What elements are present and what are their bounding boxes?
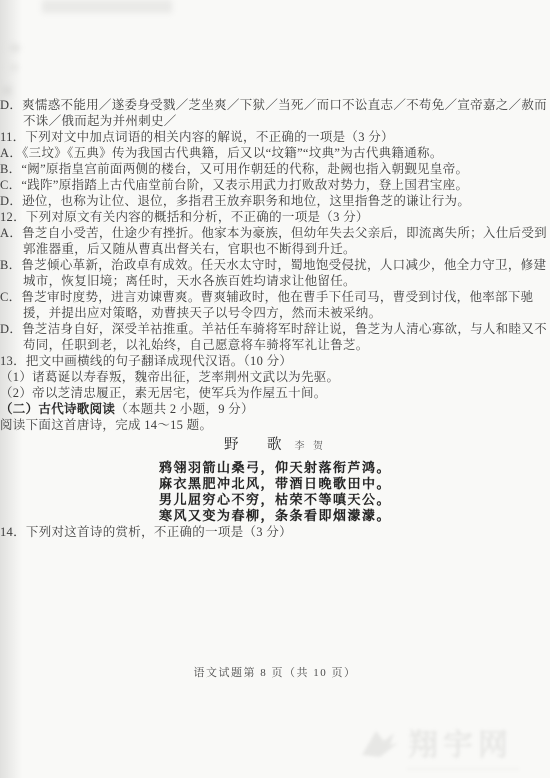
watermark-text: 翔宇网 [408,720,513,764]
q11-option-b: B．“阙”原指皇宫前面两侧的楼台，又可用作朝廷的代称，赴阙也指入朝觐见皇帝。 [0,161,550,177]
q12-stem: 12．下列对原文有关内容的概括和分析，不正确的一项是（3 分） [0,209,550,225]
reading-instruction: 阅读下面这首唐诗，完成 14～15 题。 [0,417,550,433]
scan-artifact [42,0,172,13]
q12-option-a: A．鲁芝自小受苦，仕途少有挫折。他家本为豪族，但幼年失去父亲后，即流离失所；入仕… [0,225,550,257]
scan-artifact [7,64,18,71]
page-footer: 语文试题第 8 页（共 10 页） [0,664,550,680]
scan-artifact [0,86,11,95]
section-2-heading-bold: （二）古代诗歌阅读 [0,402,115,416]
q11-option-a: A．《三坟》《五典》传为我国古代典籍，后又以“坟籍”“坟典”为古代典籍通称。 [0,145,550,161]
watermark-url-smudge [408,765,518,770]
poem-title-row: 野 歌李 贺 [0,435,550,457]
q10-option-d-continuation: D．爽懦惑不能用／遂委身受戮／芝坐爽／下狱／当死／而口不讼直志／不苟免／宣帝嘉之… [0,97,550,129]
section-2-heading-rest: （本题共 2 小题，9 分） [115,402,254,416]
q12-option-b: B．鲁芝倾心革新，治政卓有成效。任天水太守时，蜀地饱受侵扰，人口减少，他全力守卫… [0,257,550,289]
q13-sentence-1: （1）诸葛诞以寿春叛，魏帝出征，芝率荆州文武以为先驱。 [0,369,550,385]
q14-stem: 14．下列对这首诗的赏析，不正确的一项是（3 分） [0,524,550,540]
poem-line: 寒风又变为春柳，条条看即烟濛濛。 [0,508,550,524]
q12-option-c: C．鲁芝审时度势，进言劝谏曹爽。曹爽辅政时，他在曹手下任司马，曹受到讨伐，他率部… [0,289,550,321]
page-content: D．爽懦惑不能用／遂委身受戮／芝坐爽／下狱／当死／而口不讼直志／不苟免／宣帝嘉之… [0,97,550,540]
scan-artifact [7,44,20,52]
q13-sentence-2: （2）帝以芝清忠履正，素无居宅，使军兵为作屋五十间。 [0,385,550,401]
exam-paper-page: D．爽懦惑不能用／遂委身受戮／芝坐爽／下狱／当死／而口不讼直志／不苟免／宣帝嘉之… [0,0,550,778]
q12-option-d: D．鲁芝洁身自好，深受羊祜推重。羊祜任车骑将军时辞让说，鲁芝为人清心寡欲，与人和… [0,321,550,353]
bird-logo-icon [360,725,402,759]
poem-author: 李 贺 [295,441,327,452]
q13-stem: 13．把文中画横线的句子翻译成现代汉语。（10 分） [0,353,550,369]
section-2-heading: （二）古代诗歌阅读（本题共 2 小题，9 分） [0,401,550,417]
poem-title: 野 歌 [224,437,289,453]
q11-option-d: D．逊位，也称为让位、退位，多指君王放弃职务和地位，这里指鲁芝的谦让行为。 [0,193,550,209]
q11-stem: 11．下列对文中加点词语的相关内容的解说，不正确的一项是（3 分） [0,129,550,145]
watermark: 翔宇网 [360,712,546,772]
poem-line: 鸦翎羽箭山桑弓，仰天射落衔芦鸿。 [0,460,550,476]
q11-option-c: C．“践阼”原指踏上古代庙堂前台阶，又表示用武力打败敌对势力，登上国君宝座。 [0,177,550,193]
poem-line: 麻衣黑肥冲北风，带酒日晚歌田中。 [0,476,550,492]
poem-line: 男儿屈穷心不穷，枯荣不等嗔天公。 [0,492,550,508]
